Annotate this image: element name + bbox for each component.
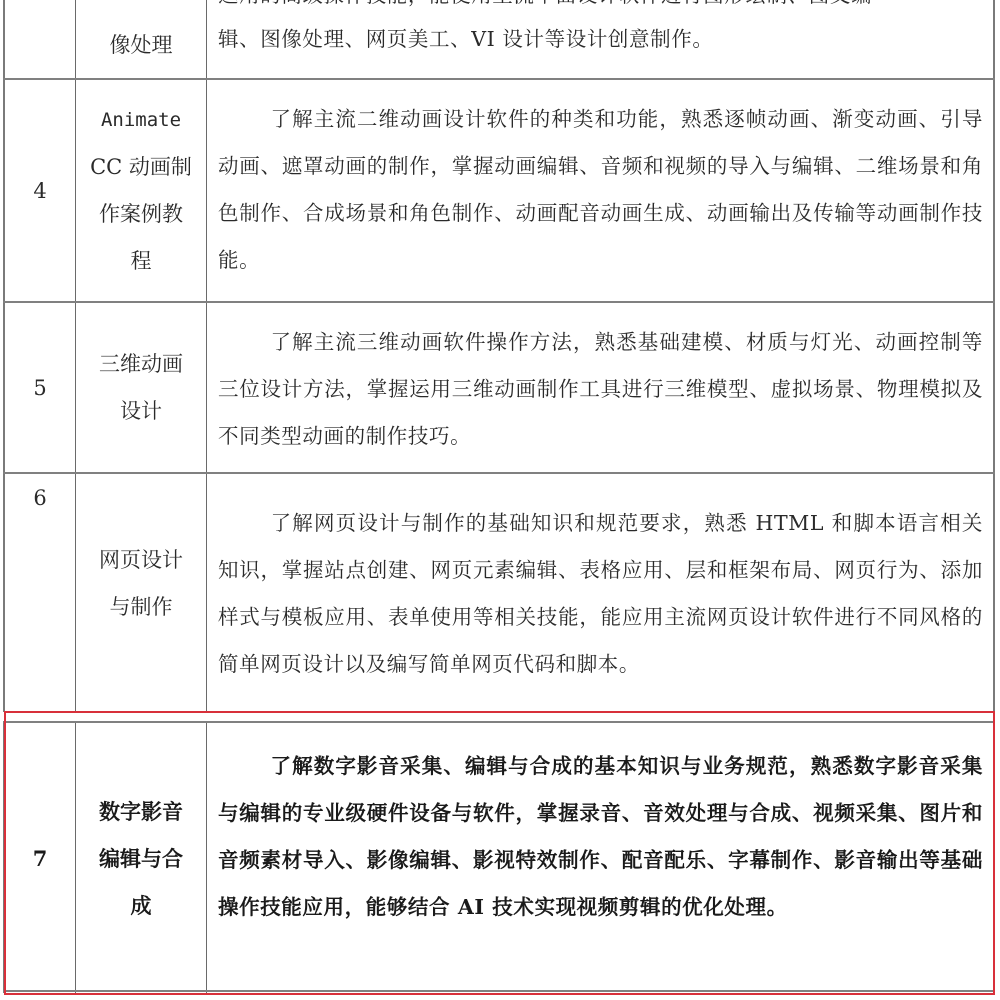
table-row-3: 像处理 运用的高级操作技能，能使用主流平面设计软件进行图形绘制、图文编 辑、图像… — [3, 0, 995, 80]
row-number: 4 — [5, 80, 76, 302]
course-name-line: 像处理 — [110, 22, 173, 69]
course-name: 数字影音 编辑与合 成 — [76, 723, 207, 993]
description-text: 了解网页设计与制作的基础知识和规范要求，熟悉 HTML 和脚本语言相关知识，掌握… — [218, 511, 983, 676]
course-description: 了解主流三维动画软件操作方法，熟悉基础建模、材质与灯光、动画控制等三位设计方法，… — [207, 303, 993, 472]
course-name-line: 与制作 — [110, 584, 173, 631]
course-name-line: CC 动画制 — [90, 144, 192, 191]
description-text: 辑、图像处理、网页美工、VI 设计等设计创意制作。 — [218, 16, 983, 63]
course-name: Animate CC 动画制 作案例教 程 — [76, 80, 207, 302]
course-name: 三维动画 设计 — [76, 303, 207, 472]
course-name-line: Animate — [101, 97, 181, 144]
row-number: 6 — [5, 474, 76, 712]
course-name-line: 编辑与合 — [99, 835, 183, 882]
course-description: 了解数字影音采集、编辑与合成的基本知识与业务规范，熟悉数字影音采集与编辑的专业级… — [207, 723, 993, 993]
course-name-line: 网页设计 — [99, 537, 183, 584]
table-row-6: 6 网页设计 与制作 了解网页设计与制作的基础知识和规范要求，熟悉 HTML 和… — [3, 474, 995, 712]
course-description: 了解主流二维动画设计软件的种类和功能，熟悉逐帧动画、渐变动画、引导动画、遮罩动画… — [207, 80, 993, 302]
course-description: 运用的高级操作技能，能使用主流平面设计软件进行图形绘制、图文编 辑、图像处理、网… — [207, 0, 993, 80]
table-row-5: 5 三维动画 设计 了解主流三维动画软件操作方法，熟悉基础建模、材质与灯光、动画… — [3, 303, 995, 472]
table-row-7: 7 数字影音 编辑与合 成 了解数字影音采集、编辑与合成的基本知识与业务规范，熟… — [3, 723, 995, 993]
description-clipped-line: 运用的高级操作技能，能使用主流平面设计软件进行图形绘制、图文编 — [218, 0, 983, 12]
row-divider — [3, 990, 995, 992]
course-name: 像处理 — [76, 0, 207, 80]
course-name-line: 数字影音 — [99, 788, 183, 835]
course-name-line: 设计 — [120, 388, 162, 435]
row-number: 5 — [5, 303, 76, 472]
course-name-line: 程 — [131, 238, 152, 285]
description-text: 了解主流三维动画软件操作方法，熟悉基础建模、材质与灯光、动画控制等三位设计方法，… — [218, 330, 983, 448]
row-number: 7 — [5, 723, 76, 993]
table-row-4: 4 Animate CC 动画制 作案例教 程 了解主流二维动画设计软件的种类和… — [3, 80, 995, 302]
course-name-line: 成 — [131, 882, 152, 929]
row-number — [5, 0, 76, 80]
course-name-line: 三维动画 — [99, 341, 183, 388]
course-name-line: 作案例教 — [99, 191, 183, 238]
course-name: 网页设计 与制作 — [76, 474, 207, 712]
description-text: 了解主流二维动画设计软件的种类和功能，熟悉逐帧动画、渐变动画、引导动画、遮罩动画… — [218, 107, 983, 272]
course-description: 了解网页设计与制作的基础知识和规范要求，熟悉 HTML 和脚本语言相关知识，掌握… — [207, 474, 993, 712]
description-text: 了解数字影音采集、编辑与合成的基本知识与业务规范，熟悉数字影音采集与编辑的专业级… — [218, 754, 983, 919]
curriculum-table: 像处理 运用的高级操作技能，能使用主流平面设计软件进行图形绘制、图文编 辑、图像… — [0, 0, 1000, 1000]
